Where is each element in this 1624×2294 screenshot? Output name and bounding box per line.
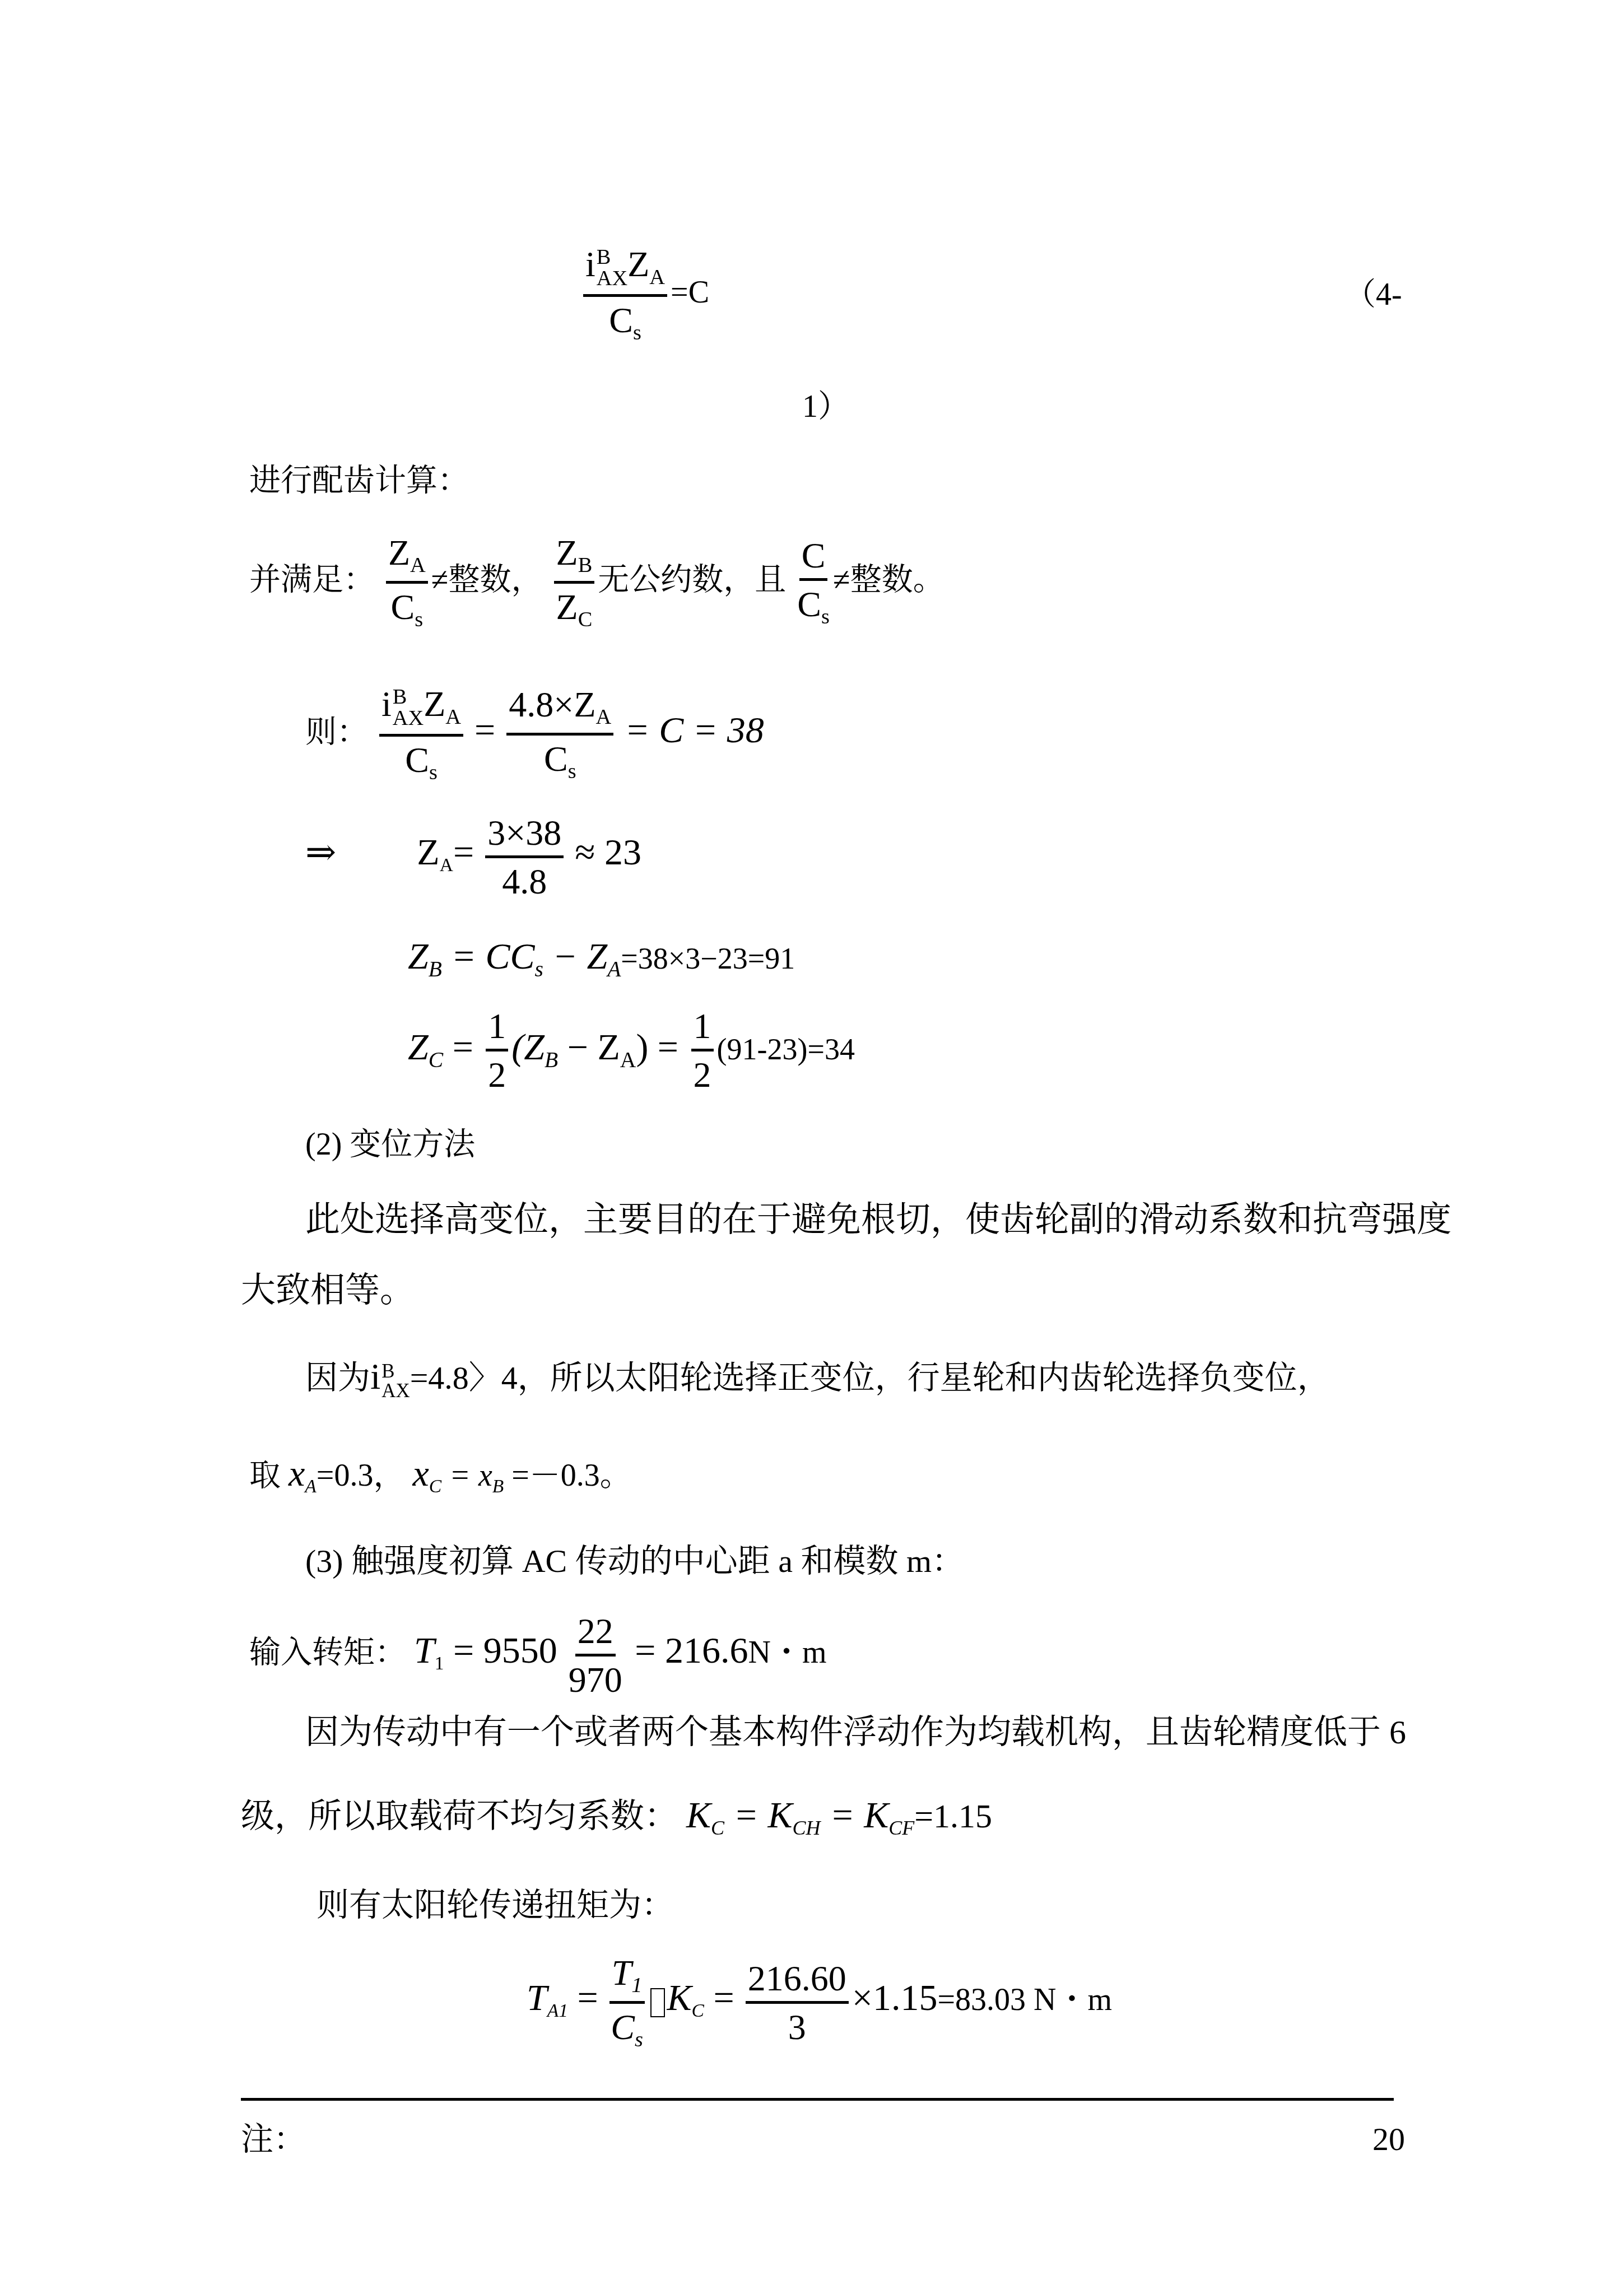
numerator: 1 (691, 1008, 714, 1051)
variable: x (412, 1453, 429, 1494)
expression: = K (724, 1795, 793, 1836)
torque-result: = 216.6 (626, 1630, 748, 1671)
section-2-title: (2) 变位方法 (305, 1129, 475, 1160)
fraction: 4.8×ZACs (506, 687, 613, 783)
subscript: AX (393, 708, 424, 729)
subscript: CH (793, 1817, 821, 1839)
unit: N・m (748, 1635, 826, 1670)
subscript: CF (888, 1817, 914, 1839)
because-prefix: 因为 (305, 1360, 370, 1396)
subscript: A (440, 855, 453, 876)
numerator: 4.8×Z (509, 685, 595, 724)
subscript: C (711, 1817, 724, 1839)
conditions-line: 并满足： ZACs≠整数， ZBZC无公约数，且 CCs≠整数。 (249, 535, 944, 631)
variable: Z (388, 533, 410, 573)
variable: Z (417, 832, 439, 873)
variable: Z (424, 684, 445, 724)
section-2-para-line1: 此处选择高变位，主要目的在于避免根切，使齿轮副的滑动系数和抗弯强度 (305, 1203, 1451, 1237)
variable: C (609, 300, 633, 340)
expression: − Z (543, 936, 607, 977)
za-result: ≈ 23 (575, 832, 641, 873)
equation-number-part1: （4- (1344, 279, 1402, 310)
take-line: 取 xA=0.3， xC = xB =－0.3。 (249, 1455, 631, 1496)
subscript: C (429, 1476, 441, 1497)
section-3-title: (3) 触强度初算 AC 传动的中心距 a 和模数 m： (305, 1545, 964, 1578)
za-equation: ⇒ ZA= 3×384.8 ≈ 23 (305, 815, 641, 900)
zb-result: =38×3−23=91 (621, 942, 795, 975)
expression: = CC (442, 936, 535, 977)
variable: Z (408, 1027, 429, 1068)
denominator: 2 (694, 1051, 711, 1093)
subscript: A (410, 553, 426, 577)
subscript: A (445, 705, 461, 729)
subscript: A (305, 1476, 317, 1497)
variable: x (288, 1453, 305, 1494)
fraction: ZBZC (554, 535, 595, 631)
then-result: = C = 38 (625, 710, 764, 751)
equation-4-1: iBAXZA Cs =C (580, 246, 709, 344)
because-line: 因为iBAX=4.8〉4，所以太阳轮选择正变位，行星轮和内齿轮选择负变位， (305, 1358, 1330, 1400)
footer-divider (241, 2098, 1394, 2101)
variable: C (611, 2007, 635, 2047)
denominator: 3 (788, 2004, 806, 2045)
subscript: C (578, 608, 593, 631)
expression: ×1.15 (852, 1977, 938, 2018)
subscript: 1 (631, 1974, 642, 1997)
zc-equation: ZC = 12(ZB − ZA) = 12(91-23)=34 (408, 1008, 855, 1093)
subscript: B (545, 1048, 558, 1072)
fraction: 22970 (569, 1613, 622, 1698)
subscript: B (492, 1476, 504, 1497)
denominator: 970 (569, 1656, 622, 1698)
missing-glyph-box (650, 1988, 665, 2017)
subscript: s (635, 2028, 643, 2051)
value: =1.15 (914, 1798, 992, 1835)
condition-text: ≠整数。 (833, 562, 944, 597)
calc-intro: 进行配齿计算： (249, 465, 469, 496)
subscript: AX (381, 1381, 410, 1401)
take-prefix: 取 (249, 1458, 281, 1493)
variable: T (612, 1953, 632, 1993)
numerator: 22 (575, 1613, 616, 1656)
expression: (Z (511, 1027, 545, 1068)
denominator: 2 (488, 1051, 506, 1093)
variable: T (527, 1977, 547, 2018)
input-torque-line: 输入转矩： T1 = 9550 22970 = 216.6N・m (249, 1613, 826, 1698)
subscript: s (429, 761, 438, 784)
expression: = x (441, 1458, 492, 1493)
numerator: 3×38 (485, 815, 564, 858)
load-line1: 因为传动中有一个或者两个基本构件浮动作为均载机构，且齿轮精度低于 6 (305, 1715, 1406, 1749)
fraction: 12 (486, 1008, 508, 1093)
condition-text: 无公约数，且 (598, 562, 786, 597)
value: =－0.3。 (504, 1458, 631, 1493)
ratio-symbol: i (381, 684, 392, 724)
subscript: B (578, 553, 593, 577)
fraction: ZACs (386, 535, 428, 631)
subscript: s (535, 957, 543, 981)
variable: C (391, 587, 415, 627)
section-2-para-line2: 大致相等。 (241, 1273, 415, 1308)
load-line2: 级，所以取载荷不均匀系数： KC = KCH = KCF=1.15 (241, 1797, 992, 1838)
ratio-symbol: i (585, 244, 595, 284)
subscript: 1 (435, 1653, 444, 1674)
variable: Z (627, 244, 649, 284)
variable: C (405, 740, 429, 780)
subscript: AX (597, 268, 627, 289)
superscript: B (393, 686, 424, 708)
fraction: 12 (691, 1008, 714, 1093)
then-label: 则： (305, 715, 368, 750)
paren: ) (636, 1027, 648, 1068)
fraction: 216.603 (746, 1961, 849, 2045)
subscript: A (607, 957, 621, 981)
equation-number-part2: 1） (802, 391, 849, 422)
zb-equation: ZB = CCs − ZA=38×3−23=91 (408, 938, 795, 980)
page-number: 20 (1372, 2123, 1405, 2156)
subscript: C (692, 2000, 704, 2021)
ta1-result: =83.03 N・m (937, 1983, 1112, 2017)
variable: K (686, 1795, 711, 1836)
torque-label: 输入转矩： (249, 1635, 406, 1670)
expression: − Z (558, 1027, 620, 1068)
zc-result: (91-23)=34 (717, 1032, 855, 1066)
subscript: A (620, 1048, 636, 1072)
subscript: s (821, 605, 830, 629)
implies-arrow-icon: ⇒ (305, 832, 336, 873)
sun-torque-equation: TA1 = T1CsKC = 216.603×1.15=83.03 N・m (527, 1955, 1112, 2051)
expression: = 9550 (444, 1630, 557, 1671)
variable: Z (556, 533, 578, 573)
fraction: CCs (797, 538, 830, 628)
variable: Z (408, 936, 429, 977)
footer-note-label: 注： (241, 2123, 306, 2156)
variable: Z (556, 587, 578, 627)
condition-text: ≠整数， (431, 562, 543, 597)
variable: K (667, 1977, 692, 2018)
superscript: B (597, 246, 627, 268)
subscript: s (415, 608, 423, 631)
numerator: 216.60 (746, 1961, 849, 2004)
then-equation: 则： iBAXZACs = 4.8×ZACs = C = 38 (305, 686, 764, 784)
value: =0.3， (317, 1458, 405, 1493)
variable: C (802, 536, 826, 575)
equation-rhs: =C (671, 275, 709, 310)
fraction: 3×384.8 (485, 815, 564, 900)
denominator: 4.8 (502, 858, 547, 900)
conditions-label: 并满足： (249, 562, 375, 597)
fraction: iBAXZACs (379, 686, 463, 784)
variable: T (414, 1630, 435, 1671)
subscript: A (649, 266, 665, 289)
subscript: A1 (547, 2000, 568, 2021)
load-prefix: 级，所以取载荷不均匀系数： (241, 1798, 678, 1835)
expression: = K (821, 1795, 889, 1836)
numerator: 1 (486, 1008, 508, 1051)
superscript: B (381, 1362, 410, 1381)
variable: C (797, 584, 821, 624)
fraction: iBAXZA Cs (583, 246, 667, 344)
fraction: T1Cs (609, 1955, 645, 2051)
ratio-symbol: i (370, 1356, 380, 1397)
subscript: s (568, 760, 576, 784)
subscript: B (429, 957, 442, 981)
subscript: C (429, 1048, 443, 1072)
subscript: A (595, 706, 611, 729)
sun-torque-intro: 则有太阳轮传递扭矩为： (317, 1889, 674, 1921)
subscript: s (633, 321, 641, 345)
variable: C (544, 739, 568, 779)
because-text: =4.8〉4，所以太阳轮选择正变位，行星轮和内齿轮选择负变位， (410, 1360, 1330, 1396)
